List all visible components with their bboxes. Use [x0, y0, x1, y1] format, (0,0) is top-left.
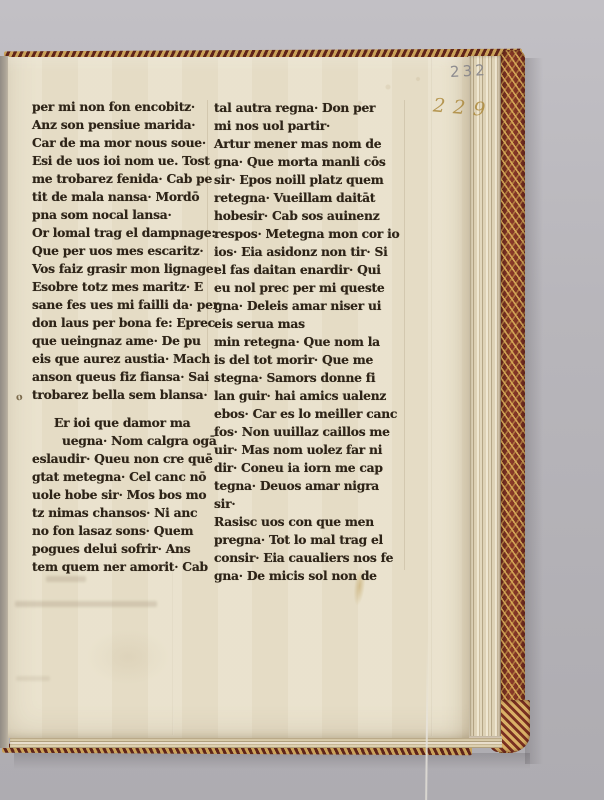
- binding-fore-edge-board: [499, 50, 525, 753]
- manuscript-text-line: gtat metegna· Cel canc nō: [32, 468, 208, 486]
- manuscript-text-line: me trobarez fenida· Cab pe: [32, 170, 208, 188]
- manuscript-text-line: Artur mener mas nom de: [214, 135, 406, 153]
- manuscript-text-line: tegna· Deuos amar nigra: [214, 477, 406, 495]
- manuscript-text-line: tit de mala nansa· Mordō: [32, 188, 208, 206]
- left-text-column-block-1: per mi non fon encobitz·Anz son pensiue …: [32, 98, 208, 404]
- manuscript-text-line: tem quem ner amorit· Cab: [32, 558, 208, 576]
- manuscript-text-line: Rasisc uos con que men: [214, 513, 406, 531]
- manuscript-text-line: tz nimas chansos· Ni anc: [32, 504, 208, 522]
- manuscript-text-line: sir· Epos noill platz quem: [214, 171, 406, 189]
- manuscript-text-line: ebos· Car es lo meiller canc: [214, 405, 406, 423]
- manuscript-text-line: Or lomal trag el dampnage:: [32, 224, 208, 242]
- left-text-column-block-2: Er ioi que damor mauegna· Nom calgra ogā…: [32, 414, 208, 576]
- manuscript-text-line: Er ioi que damor ma: [32, 414, 208, 432]
- right-text-column: tal autra regna· Don permi nos uol parti…: [214, 99, 406, 585]
- manuscript-text-line: lan guir· hai amics ualenz: [214, 387, 406, 405]
- photograph-of-manuscript: 232 229 o per mi non fon encobitz·Anz so…: [0, 0, 604, 800]
- manuscript-text-line: is del tot morir· Que me: [214, 351, 406, 369]
- book-cast-shadow-bottom: [14, 753, 530, 769]
- manuscript-text-line: ios· Eia asidonz non tir· Si: [214, 243, 406, 261]
- manuscript-text-line: sane fes ues mi failli da· per: [32, 296, 208, 314]
- manuscript-text-line: min retegna· Que nom la: [214, 333, 406, 351]
- manuscript-text-line: Anz son pensiue marida·: [32, 116, 208, 134]
- show-through-text: [15, 601, 157, 607]
- manuscript-text-line: uir· Mas nom uolez far ni: [214, 441, 406, 459]
- manuscript-text-line: eis serua mas: [214, 315, 406, 333]
- manuscript-text-line: eu nol prec per mi queste: [214, 279, 406, 297]
- manuscript-text-line: no fon lasaz sons· Quem: [32, 522, 208, 540]
- manuscript-text-line: Esobre totz mes maritz· E: [32, 278, 208, 296]
- manuscript-text-line: trobarez bella sem blansa·: [32, 386, 208, 404]
- manuscript-text-line: que ueingnaz ame· De pu: [32, 332, 208, 350]
- manuscript-text-line: respos· Metegna mon cor io: [214, 225, 406, 243]
- manuscript-text-line: tal autra regna· Don per: [214, 99, 406, 117]
- folio-number-pencil: 232: [450, 61, 489, 81]
- manuscript-text-line: retegna· Vueillam daitāt: [214, 189, 406, 207]
- manuscript-text-line: anson queus fiz fiansa· Sai: [32, 368, 208, 386]
- manuscript-text-line: gna· Que morta manli cōs: [214, 153, 406, 171]
- margin-annotation-mark: o: [15, 392, 23, 404]
- manuscript-text-line: pna som nocal lansa·: [32, 206, 208, 224]
- manuscript-text-line: per mi non fon encobitz·: [32, 98, 208, 116]
- manuscript-text-line: gna· Deleis amar niser ui: [214, 297, 406, 315]
- manuscript-text-line: eis que aurez austia· Mach: [32, 350, 208, 368]
- manuscript-text-line: sir·: [214, 495, 406, 513]
- manuscript-text-line: pogues delui sofrir· Ans: [32, 540, 208, 558]
- manuscript-text-line: el fas daitan enardir· Qui: [214, 261, 406, 279]
- show-through-text: [46, 576, 86, 582]
- manuscript-text-line: pregna· Tot lo mal trag el: [214, 531, 406, 549]
- manuscript-text-line: fos· Non uuillaz caillos me: [214, 423, 406, 441]
- book-cast-shadow-right: [525, 58, 543, 764]
- manuscript-text-line: consir· Eia caualiers nos fe: [214, 549, 406, 567]
- manuscript-text-line: uegna· Nom calgra ogā: [32, 432, 208, 450]
- manuscript-text-line: uole hobe sir· Mos bos mo: [32, 486, 208, 504]
- manuscript-text-line: hobesir· Cab sos auinenz: [214, 207, 406, 225]
- manuscript-text-line: Vos faiz grasir mon lignage:: [32, 260, 208, 278]
- parchment-crease: [431, 58, 433, 736]
- parchment-crease: [172, 555, 174, 735]
- manuscript-text-line: don laus per bona fe: Eprec: [32, 314, 208, 332]
- manuscript-text-line: stegna· Samors donne fi: [214, 369, 406, 387]
- manuscript-text-line: gna· De micis sol non de: [214, 567, 406, 585]
- manuscript-text-line: Esi de uos ioi nom ue. Tost: [32, 152, 208, 170]
- manuscript-text-line: Que per uos mes escaritz·: [32, 242, 208, 260]
- manuscript-text-line: eslaudir· Queu non cre quē: [32, 450, 208, 468]
- manuscript-text-line: dir· Coneu ia iorn me cap: [214, 459, 406, 477]
- manuscript-text-line: mi nos uol partir·: [214, 117, 406, 135]
- manuscript-text-line: Car de ma mor nous soue·: [32, 134, 208, 152]
- show-through-text: [16, 676, 50, 681]
- page-stack-fore-edge: [468, 56, 501, 748]
